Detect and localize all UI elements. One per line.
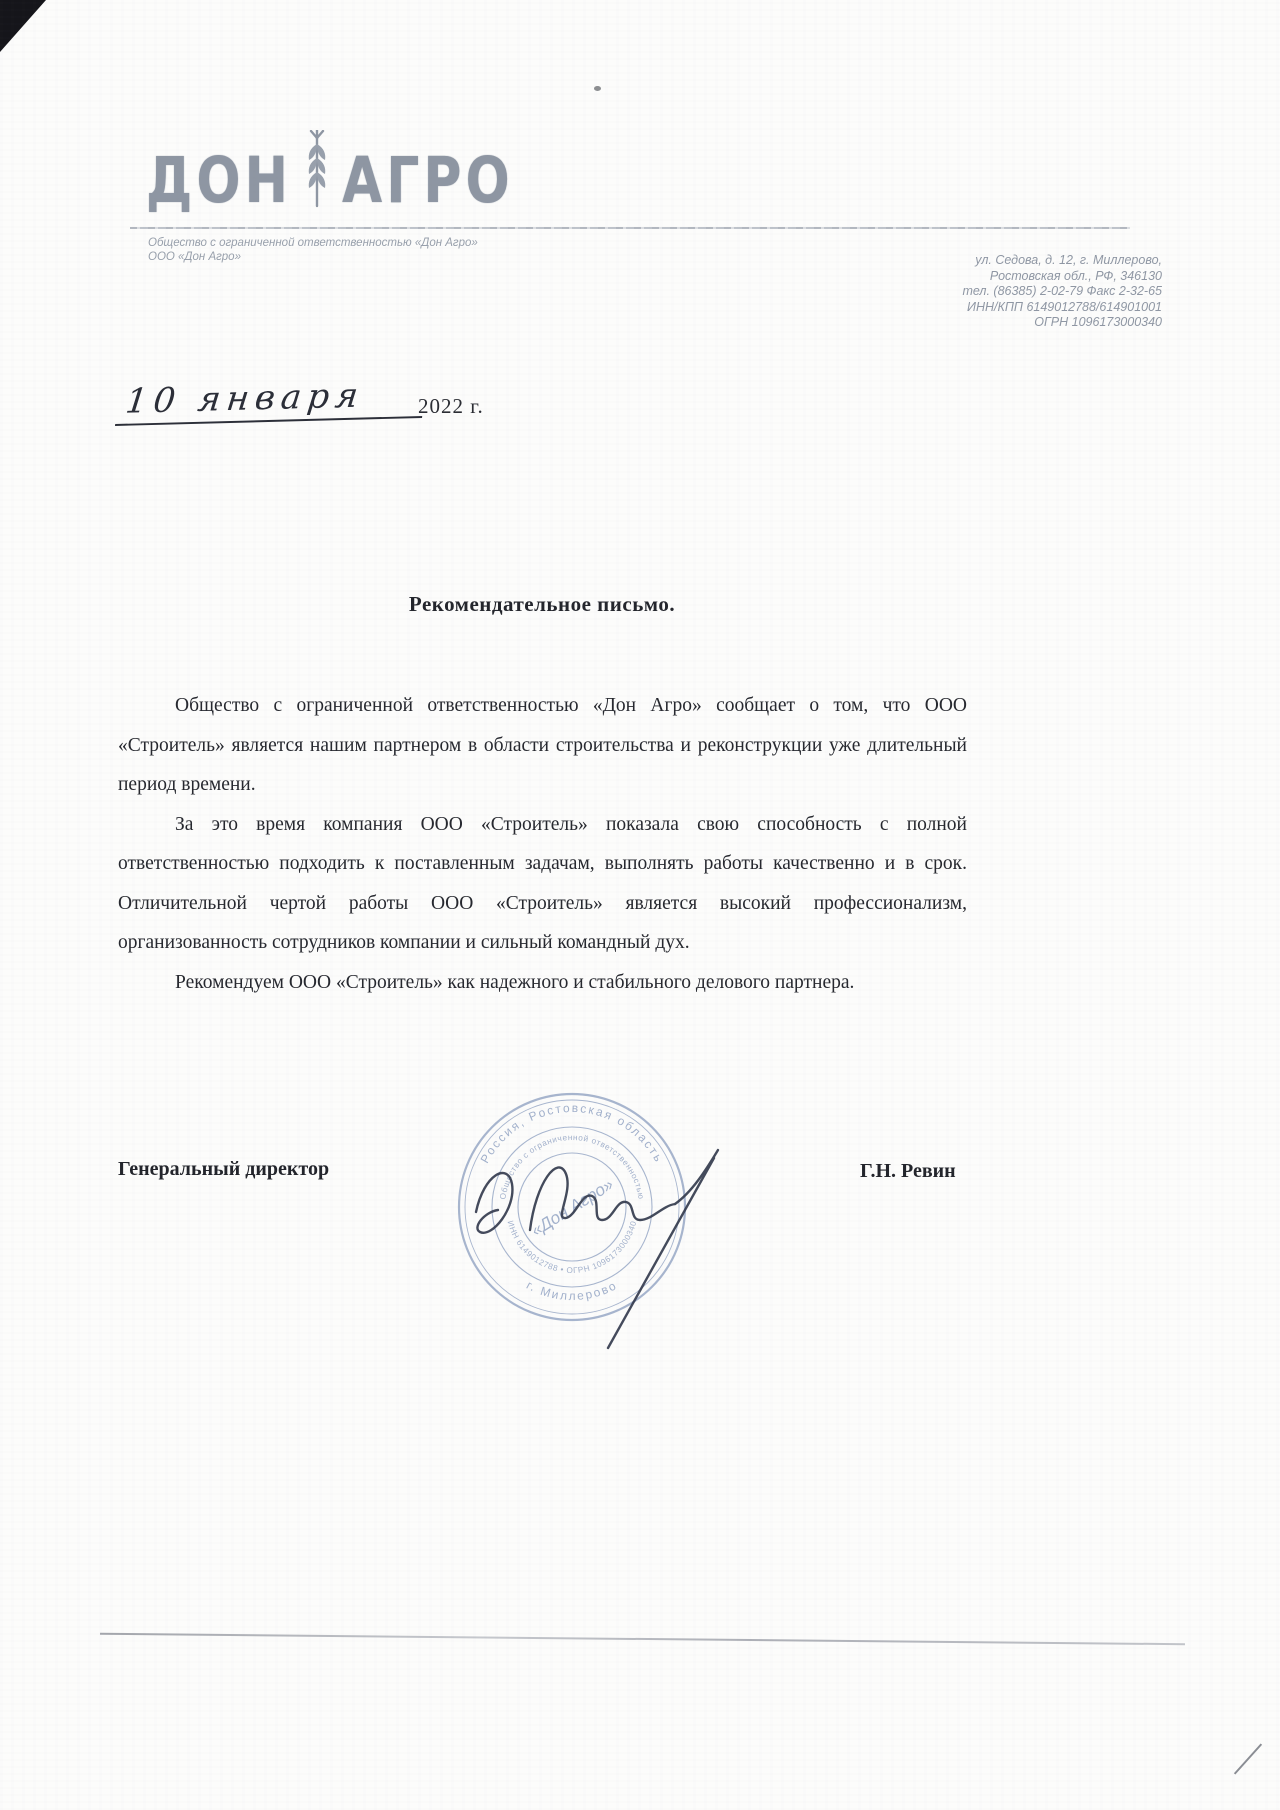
letter-title: Рекомендательное письмо.: [118, 592, 966, 617]
body-paragraph-3: Рекомендуем ООО «Строитель» как надежног…: [118, 963, 967, 1003]
contact-phone-fax: тел. (86385) 2-02-79 Факс 2-32-65: [742, 284, 1162, 300]
org-caption: Общество с ограниченной ответственностью…: [148, 236, 478, 264]
org-short-name: ООО «Дон Агро»: [148, 250, 478, 264]
contact-block: ул. Седова, д. 12, г. Миллерово, Ростовс…: [742, 253, 1162, 331]
date-line: 10 января 2022 г.: [118, 378, 424, 434]
stamp-outer-bottom-text: г. Миллерово: [524, 1278, 620, 1303]
letter-body: Общество с ограниченной ответственностью…: [118, 686, 967, 1002]
letterhead-rule: [130, 227, 1130, 229]
contact-address-region: Ростовская обл., РФ, 346130: [742, 269, 1162, 285]
typed-year: 2022 г.: [418, 394, 484, 419]
contact-ogrn: ОГРН 1096173000340: [742, 315, 1162, 331]
corner-tick-artifact: [1234, 1743, 1262, 1774]
stamp-ring-bottom-text: ИНН 6149012788 • ОГРН 1096173000340: [506, 1220, 639, 1275]
don-agro-logo: ДОН АГРО: [146, 128, 514, 212]
body-paragraph-2: За это время компания ООО «Строитель» по…: [118, 805, 967, 963]
signatory-role: Генеральный директор: [118, 1158, 329, 1181]
logo-text-don: ДОН: [146, 152, 292, 212]
handwritten-date: 10 января: [115, 374, 427, 426]
scanned-letter-page: ДОН АГРО Общество с ограничен: [0, 0, 1280, 1810]
signatory-name: Г.Н. Ревин: [860, 1160, 956, 1183]
scan-corner-artifact: [0, 0, 46, 52]
contact-address-street: ул. Седова, д. 12, г. Миллерово,: [742, 253, 1162, 269]
company-stamp: Россия, Ростовская область г. Миллерово …: [380, 1062, 810, 1382]
wheat-ear-icon: [300, 130, 334, 212]
svg-text:г. Миллерово: г. Миллерово: [524, 1278, 620, 1303]
org-full-name: Общество с ограниченной ответственностью…: [148, 236, 478, 250]
logo-text-agro: АГРО: [342, 152, 514, 212]
scan-dot-artifact: [594, 86, 601, 91]
contact-inn-kpp: ИНН/КПП 6149012788/614901001: [742, 300, 1162, 316]
stamp-center-text: «Дон Агро»: [528, 1175, 617, 1240]
bottom-scan-rule: [100, 1633, 1185, 1645]
body-paragraph-1: Общество с ограниченной ответственностью…: [118, 686, 967, 805]
svg-text:ИНН 6149012788 • ОГРН 10961730: ИНН 6149012788 • ОГРН 1096173000340: [506, 1220, 639, 1275]
